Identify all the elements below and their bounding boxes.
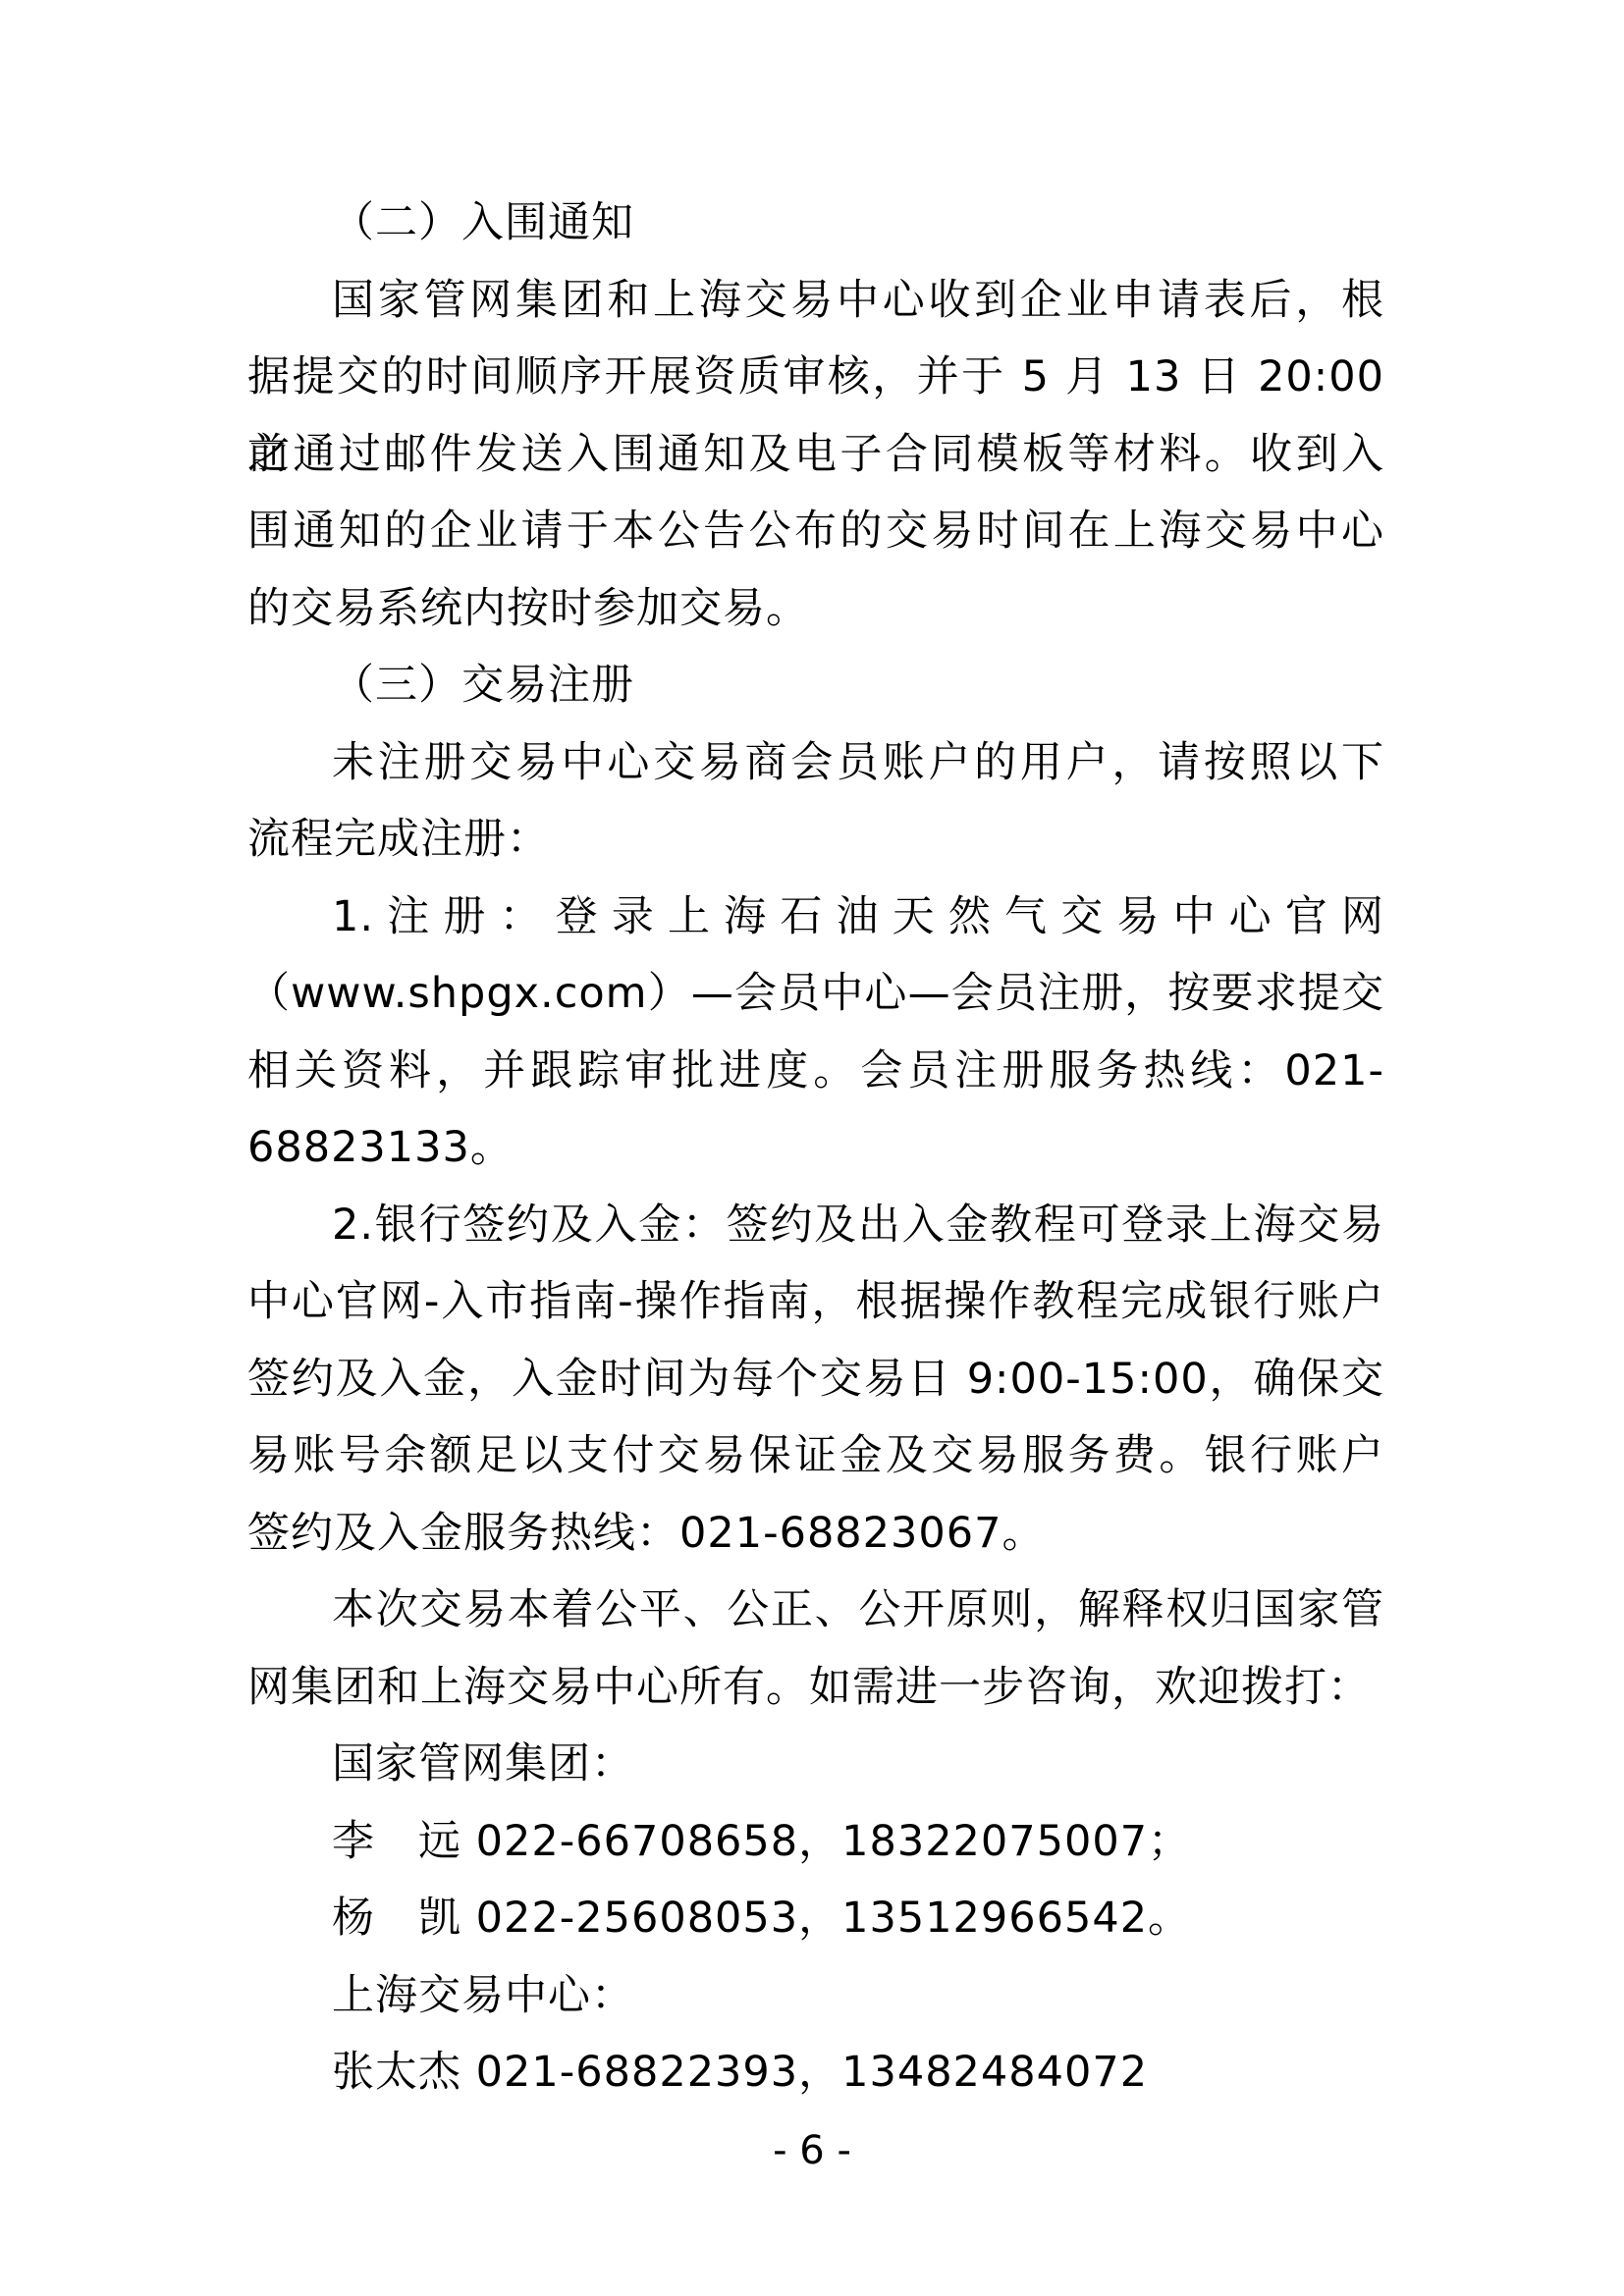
closing-line: 本次交易本着公平、公正、公开原则，解释权归国家管 [247, 1572, 1384, 1649]
paragraph-line: 围通知的企业请于本公告公布的交易时间在上海交易中心 [247, 493, 1384, 570]
step-registration-line: （www.shpgx.com）—会员中心—会员注册，按要求提交 [247, 955, 1384, 1033]
step-bank-signing-line: 签约及入金服务热线：021-68823067。 [247, 1495, 1384, 1573]
page-number: - 6 - [0, 2128, 1624, 2173]
step-registration-line: 68823133。 [247, 1109, 1384, 1187]
step-registration-line: 相关资料，并跟踪审批进度。会员注册服务热线：021- [247, 1033, 1384, 1110]
contact-org-pipechina: 国家管网集团： [247, 1726, 1384, 1803]
paragraph-line: 流程完成注册： [247, 801, 1384, 879]
step-bank-signing-line: 中心官网-入市指南-操作指南，根据操作教程完成银行账户 [247, 1263, 1384, 1341]
section-heading-shortlist-notice: （二）入围通知 [247, 185, 1384, 262]
step-bank-signing-line: 签约及入金，入金时间为每个交易日 9:00-15:00，确保交 [247, 1341, 1384, 1418]
step-bank-signing-line: 2.银行签约及入金：签约及出入金教程可登录上海交易 [247, 1187, 1384, 1264]
closing-line: 网集团和上海交易中心所有。如需进一步咨询，欢迎拨打： [247, 1649, 1384, 1727]
step-registration-line: 1.注册：登录上海石油天然气交易中心官网 [247, 879, 1384, 956]
paragraph-line: 前通过邮件发送入围通知及电子合同模板等材料。收到入 [247, 416, 1384, 494]
document-page: （二）入围通知 国家管网集团和上海交易中心收到企业申请表后，根 据提交的时间顺序… [247, 185, 1384, 2111]
section-heading-trading-registration: （三）交易注册 [247, 647, 1384, 724]
paragraph-line: 的交易系统内按时参加交易。 [247, 570, 1384, 648]
contact-org-shpgx: 上海交易中心： [247, 1957, 1384, 2035]
contact-person: 张太杰 021-68822393，13482484072 [247, 2034, 1384, 2111]
contact-person: 李 远 022-66708658，18322075007； [247, 1803, 1384, 1881]
paragraph-line: 未注册交易中心交易商会员账户的用户，请按照以下 [247, 724, 1384, 802]
contact-person: 杨 凯 022-25608053，13512966542。 [247, 1880, 1384, 1957]
paragraph-line: 据提交的时间顺序开展资质审核，并于 5 月 13 日 20:00 之 [247, 339, 1384, 416]
paragraph-line: 国家管网集团和上海交易中心收到企业申请表后，根 [247, 262, 1384, 340]
step-bank-signing-line: 易账号余额足以支付交易保证金及交易服务费。银行账户 [247, 1417, 1384, 1495]
